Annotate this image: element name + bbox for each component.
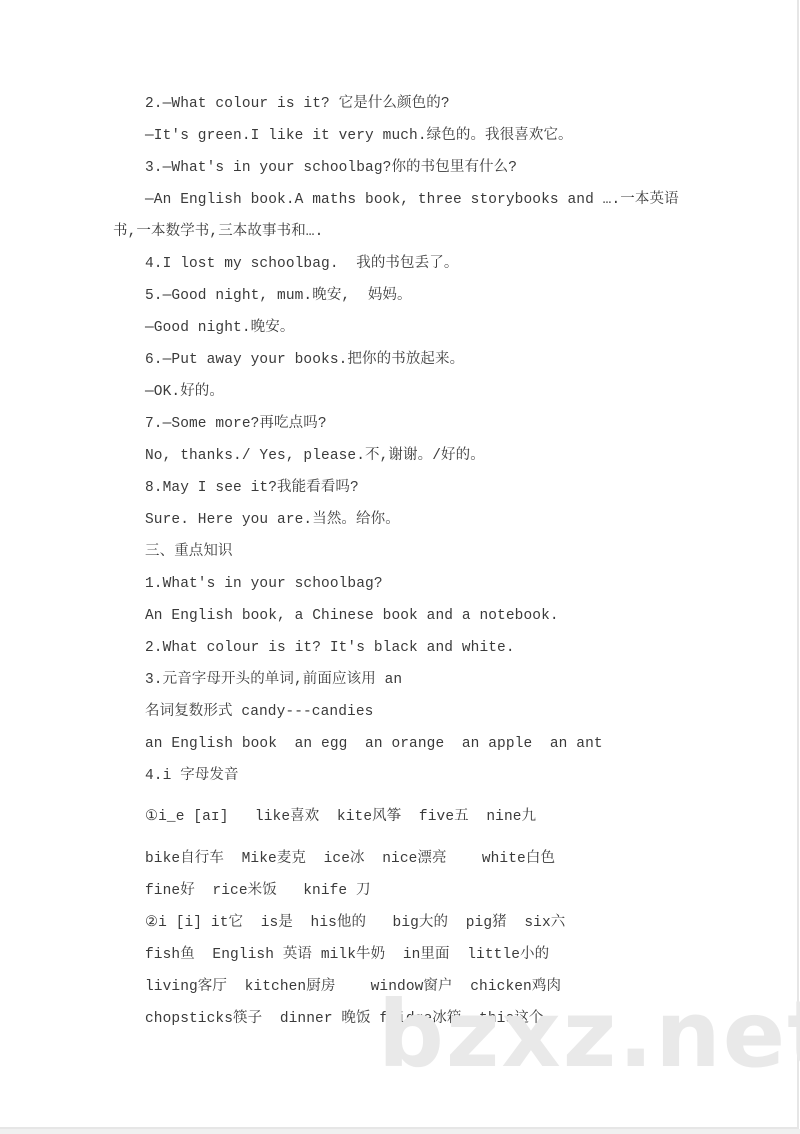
vocab-line: ①i_e [aɪ] like喜欢 kite风筝 five五 nine九 <box>145 807 536 827</box>
watermark: bzxz.net <box>378 985 800 1085</box>
text-line: 8.May I see it?我能看看吗? <box>145 478 359 498</box>
text-line: An English book, a Chinese book and a no… <box>145 606 559 626</box>
vocab-line: chopsticks筷子 dinner 晚饭 fridge冰箱 this这个 <box>145 1009 543 1029</box>
text-line: 3.元音字母开头的单词,前面应该用 an <box>145 670 402 690</box>
text-line: 名词复数形式 candy---candies <box>145 702 373 722</box>
text-line: 2.—What colour is it? 它是什么颜色的? <box>145 94 450 114</box>
text-line: —An English book.A maths book, three sto… <box>145 190 679 210</box>
text-line: No, thanks./ Yes, please.不,谢谢。/好的。 <box>145 446 485 466</box>
text-line: —OK.好的。 <box>145 382 224 402</box>
text-line: 7.—Some more?再吃点吗? <box>145 414 327 434</box>
text-line: —Good night.晚安。 <box>145 318 294 338</box>
vocab-line: living客厅 kitchen厨房 window窗户 chicken鸡肉 <box>145 977 561 997</box>
text-line: 4.I lost my schoolbag. 我的书包丢了。 <box>145 254 458 274</box>
document-page: 2.—What colour is it? 它是什么颜色的? —It's gre… <box>0 0 799 1129</box>
text-line: an English book an egg an orange an appl… <box>145 734 603 754</box>
vocab-line: fish鱼 English 英语 milk牛奶 in里面 little小的 <box>145 945 549 965</box>
text-line: 3.—What's in your schoolbag?你的书包里有什么? <box>145 158 517 178</box>
vocab-line: bike自行车 Mike麦克 ice冰 nice漂亮 white白色 <box>145 849 555 869</box>
vocab-line: fine好 rice米饭 knife 刀 <box>145 881 371 901</box>
text-line-wrapped: 书,一本数学书,三本故事书和…. <box>113 222 323 242</box>
text-line: 1.What's in your schoolbag? <box>145 574 383 594</box>
section-heading: 三、重点知识 <box>145 542 233 562</box>
text-line: 2.What colour is it? It's black and whit… <box>145 638 515 658</box>
text-line: 4.i 字母发音 <box>145 766 239 786</box>
text-line: 6.—Put away your books.把你的书放起来。 <box>145 350 464 370</box>
vocab-line: ②i [i] it它 is是 his他的 big大的 pig猪 six六 <box>145 913 565 933</box>
text-line: Sure. Here you are.当然。给你。 <box>145 510 400 530</box>
text-line: 5.—Good night, mum.晚安, 妈妈。 <box>145 286 412 306</box>
text-line: —It's green.I like it very much.绿色的。我很喜欢… <box>145 126 573 146</box>
page-bottom-edge <box>0 1129 800 1134</box>
